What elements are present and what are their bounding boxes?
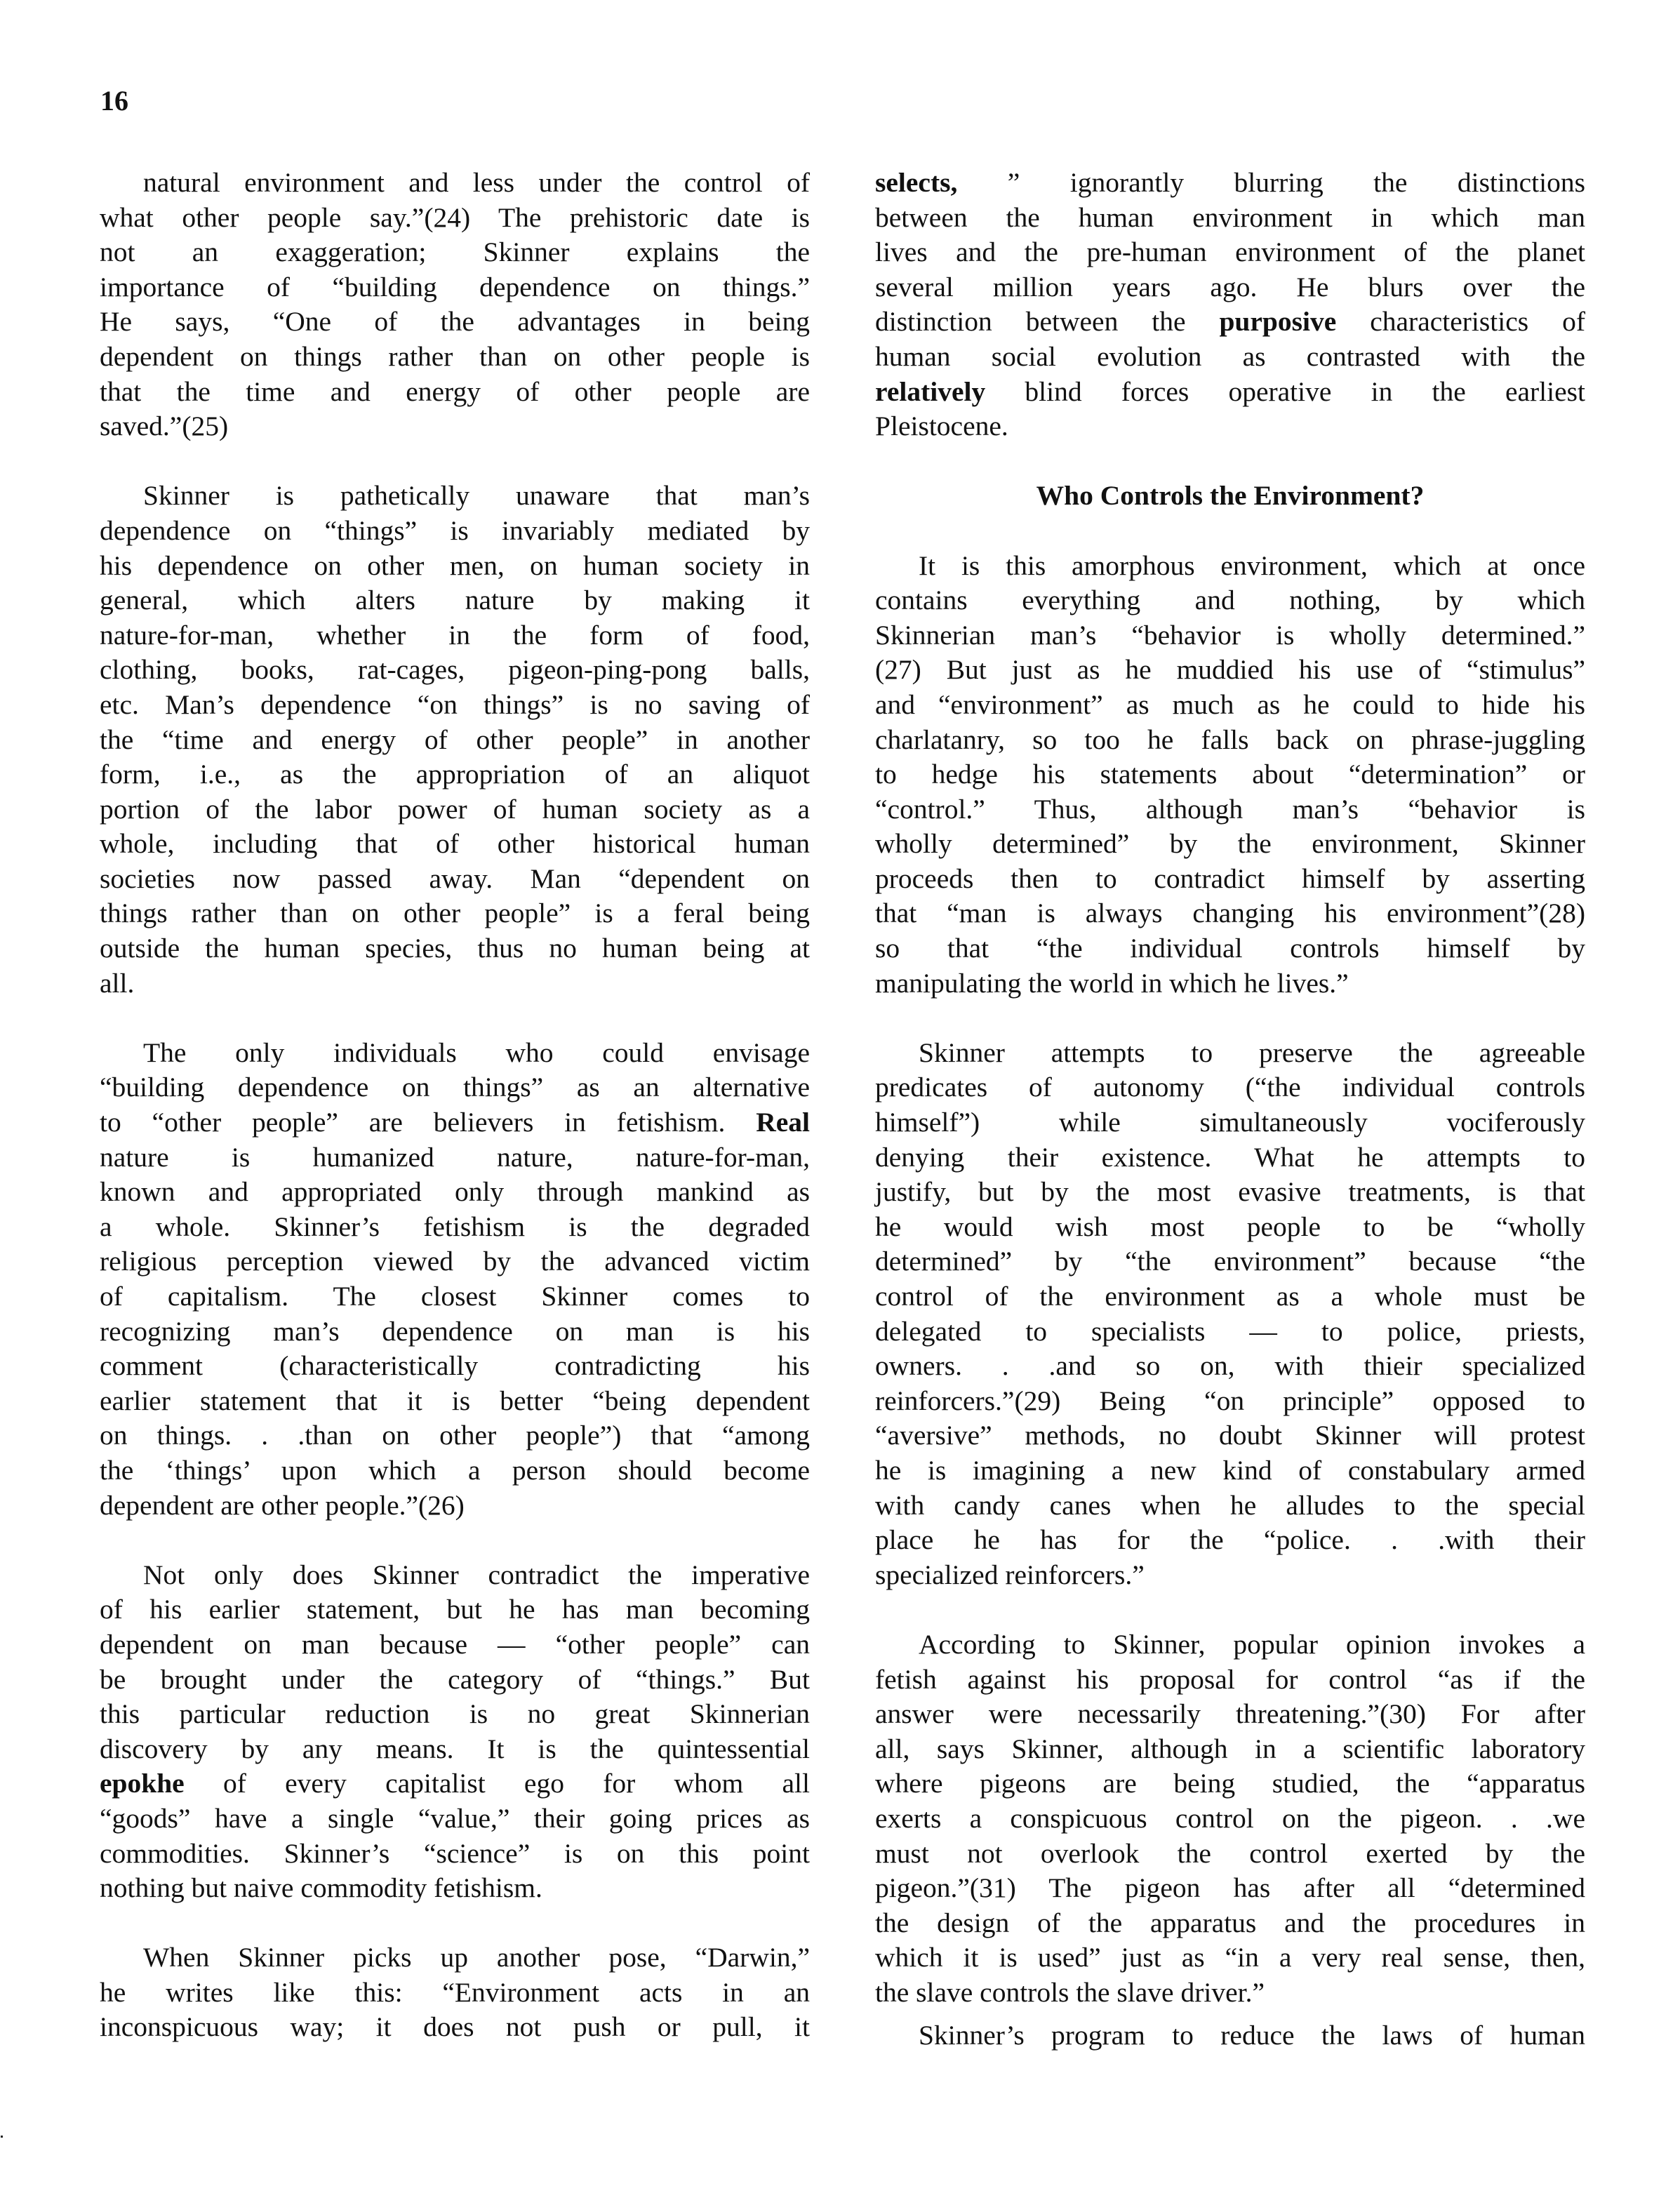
text-line: “goods” have a single “value,” their goi… bbox=[100, 1801, 810, 1837]
text-line: the slave controls the slave driver.” bbox=[875, 1976, 1585, 2011]
paragraph-gap bbox=[875, 1592, 1585, 1627]
text-line: he would wish most people to be “wholly bbox=[875, 1210, 1585, 1245]
text-line: and “environment” as much as he could to… bbox=[875, 688, 1585, 723]
paragraph: Not only does Skinner contradict the imp… bbox=[100, 1558, 810, 1906]
text-line: natural environment and less under the c… bbox=[100, 166, 810, 201]
text-line: of capitalism. The closest Skinner comes… bbox=[100, 1279, 810, 1314]
text-line: exerts a conspicuous control on the pige… bbox=[875, 1801, 1585, 1837]
text-line: It is this amorphous environment, which … bbox=[875, 549, 1585, 584]
text-line: (27) But just as he muddied his use of “… bbox=[875, 653, 1585, 688]
right-column: selects, ” ignorantly blurring the disti… bbox=[875, 166, 1585, 2053]
paragraph: selects, ” ignorantly blurring the disti… bbox=[875, 166, 1585, 444]
paragraph: The only individuals who could envisage“… bbox=[100, 1036, 810, 1523]
text-line: recognizing man’s dependence on man is h… bbox=[100, 1314, 810, 1350]
text-line: dependent on man because — “other people… bbox=[100, 1627, 810, 1663]
text-line: of his earlier statement, but he has man… bbox=[100, 1592, 810, 1627]
text-line: reinforcers.”(29) Being “on principle” o… bbox=[875, 1384, 1585, 1419]
text-line: determined” by “the environment” because… bbox=[875, 1244, 1585, 1279]
text-line: general, which alters nature by making i… bbox=[100, 583, 810, 618]
text-line: known and appropriated only through mank… bbox=[100, 1175, 810, 1210]
text-line: When Skinner picks up another pose, “Dar… bbox=[100, 1940, 810, 1976]
section-heading: Who Controls the Environment? bbox=[875, 479, 1585, 514]
text-line: religious perception viewed by the advan… bbox=[100, 1244, 810, 1279]
text-line: delegated to specialists — to police, pr… bbox=[875, 1314, 1585, 1350]
text-line: place he has for the “police. . .with th… bbox=[875, 1523, 1585, 1558]
bold-term: selects, bbox=[875, 167, 957, 198]
paragraph: Skinner attempts to preserve the agreeab… bbox=[875, 1036, 1585, 1593]
text-run: distinction between the bbox=[875, 306, 1219, 337]
text-line: Skinner is pathetically unaware that man… bbox=[100, 479, 810, 514]
text-line: form, i.e., as the appropriation of an a… bbox=[100, 757, 810, 792]
paragraph-gap bbox=[875, 444, 1585, 479]
scan-speck bbox=[1, 2136, 3, 2138]
text-line: what other people say.”(24) The prehisto… bbox=[100, 201, 810, 236]
text-line: earlier statement that it is better “bei… bbox=[100, 1384, 810, 1419]
text-line: dependent are other people.”(26) bbox=[100, 1488, 810, 1524]
text-line: portion of the labor power of human soci… bbox=[100, 792, 810, 827]
text-line: answer were necessarily threatening.”(30… bbox=[875, 1697, 1585, 1732]
page-number: 16 bbox=[100, 84, 128, 117]
text-line: justify, but by the most evasive treatme… bbox=[875, 1175, 1585, 1210]
text-line: discovery by any means. It is the quinte… bbox=[100, 1732, 810, 1767]
text-line: “building dependence on things” as an al… bbox=[100, 1070, 810, 1105]
text-line: with candy canes when he alludes to the … bbox=[875, 1488, 1585, 1524]
paragraph: Skinner is pathetically unaware that man… bbox=[100, 479, 810, 1001]
text-line: contains everything and nothing, by whic… bbox=[875, 583, 1585, 618]
text-line: between the human environment in which m… bbox=[875, 201, 1585, 236]
text-line: his dependence on other men, on human so… bbox=[100, 549, 810, 584]
text-line: proceeds then to contradict himself by a… bbox=[875, 862, 1585, 897]
text-line: distinction between the purposive charac… bbox=[875, 305, 1585, 340]
text-run: blind forces operative in the earliest bbox=[985, 376, 1585, 407]
text-line: control of the environment as a whole mu… bbox=[875, 1279, 1585, 1314]
paragraph-gap bbox=[100, 1523, 810, 1558]
text-line: nature-for-man, whether in the form of f… bbox=[100, 618, 810, 653]
text-line: denying their existence. What he attempt… bbox=[875, 1140, 1585, 1175]
paragraph-gap bbox=[875, 1001, 1585, 1036]
text-line: nature is humanized nature, nature-for-m… bbox=[100, 1140, 810, 1175]
text-line: human social evolution as contrasted wit… bbox=[875, 340, 1585, 375]
text-line: all, says Skinner, although in a scienti… bbox=[875, 1732, 1585, 1767]
text-line: relatively blind forces operative in the… bbox=[875, 375, 1585, 410]
bold-term: relatively bbox=[875, 376, 985, 407]
text-line: importance of “building dependence on th… bbox=[100, 270, 810, 305]
text-line: saved.”(25) bbox=[100, 409, 810, 444]
text-line: this particular reduction is no great Sk… bbox=[100, 1697, 810, 1732]
text-line: that the time and energy of other people… bbox=[100, 375, 810, 410]
paragraph-gap bbox=[100, 1001, 810, 1036]
text-line: all. bbox=[100, 966, 810, 1001]
text-line: manipulating the world in which he lives… bbox=[875, 966, 1585, 1001]
text-line: that “man is always changing his environ… bbox=[875, 896, 1585, 931]
text-line: himself”) while simultaneously vociferou… bbox=[875, 1105, 1585, 1140]
text-line: societies now passed away. Man “dependen… bbox=[100, 862, 810, 897]
text-line: The only individuals who could envisage bbox=[100, 1036, 810, 1071]
text-line: clothing, books, rat-cages, pigeon-ping-… bbox=[100, 653, 810, 688]
text-line: the “time and energy of other people” in… bbox=[100, 723, 810, 758]
text-line: a whole. Skinner’s fetishism is the degr… bbox=[100, 1210, 810, 1245]
paragraph-gap bbox=[875, 2010, 1585, 2018]
text-run: ” ignorantly blurring the distinctions bbox=[957, 167, 1585, 198]
text-line: whole, including that of other historica… bbox=[100, 827, 810, 862]
paragraph-gap bbox=[100, 444, 810, 479]
paragraph: Skinner’s program to reduce the laws of … bbox=[875, 2018, 1585, 2053]
text-line: the ‘things’ upon which a person should … bbox=[100, 1453, 810, 1488]
text-line: to “other people” are believers in fetis… bbox=[100, 1105, 810, 1140]
text-line: lives and the pre-human environment of t… bbox=[875, 235, 1585, 270]
text-line: Skinner’s program to reduce the laws of … bbox=[875, 2018, 1585, 2053]
text-line: so that “the individual controls himself… bbox=[875, 931, 1585, 966]
text-line: outside the human species, thus no human… bbox=[100, 931, 810, 966]
text-line: commodities. Skinner’s “science” is on t… bbox=[100, 1837, 810, 1872]
text-line: selects, ” ignorantly blurring the disti… bbox=[875, 166, 1585, 201]
text-line: owners. . .and so on, with thieir specia… bbox=[875, 1349, 1585, 1384]
text-line: several million years ago. He blurs over… bbox=[875, 270, 1585, 305]
paragraph: natural environment and less under the c… bbox=[100, 166, 810, 444]
text-line: Pleistocene. bbox=[875, 409, 1585, 444]
text-line: pigeon.”(31) The pigeon has after all “d… bbox=[875, 1871, 1585, 1906]
text-line: epokhe of every capitalist ego for whom … bbox=[100, 1766, 810, 1801]
text-line: he writes like this: “Environment acts i… bbox=[100, 1976, 810, 2011]
text-run: of every capitalist ego for whom all bbox=[185, 1768, 810, 1799]
bold-term: epokhe bbox=[100, 1768, 185, 1799]
bold-term: purposive bbox=[1219, 306, 1336, 337]
text-line: not an exaggeration; Skinner explains th… bbox=[100, 235, 810, 270]
paragraph: According to Skinner, popular opinion in… bbox=[875, 1627, 1585, 2011]
left-column: natural environment and less under the c… bbox=[100, 166, 810, 2045]
text-line: inconspicuous way; it does not push or p… bbox=[100, 2010, 810, 2045]
text-line: to hedge his statements about “determina… bbox=[875, 757, 1585, 792]
text-line: nothing but naive commodity fetishism. bbox=[100, 1871, 810, 1906]
text-line: must not overlook the control exerted by… bbox=[875, 1837, 1585, 1872]
text-line: comment (characteristically contradictin… bbox=[100, 1349, 810, 1384]
text-line: the design of the apparatus and the proc… bbox=[875, 1906, 1585, 1941]
text-run: characteristics of bbox=[1336, 306, 1585, 337]
text-line: Not only does Skinner contradict the imp… bbox=[100, 1558, 810, 1593]
text-line: specialized reinforcers.” bbox=[875, 1558, 1585, 1593]
text-line: He says, “One of the advantages in being bbox=[100, 305, 810, 340]
text-line: he is imagining a new kind of constabula… bbox=[875, 1453, 1585, 1488]
text-line: dependent on things rather than on other… bbox=[100, 340, 810, 375]
text-line: Skinner attempts to preserve the agreeab… bbox=[875, 1036, 1585, 1071]
text-line: on things. . .than on other people”) tha… bbox=[100, 1418, 810, 1453]
text-line: dependence on “things” is invariably med… bbox=[100, 514, 810, 549]
text-line: etc. Man’s dependence “on things” is no … bbox=[100, 688, 810, 723]
text-line: “control.” Thus, although man’s “behavio… bbox=[875, 792, 1585, 827]
paragraph-gap bbox=[875, 514, 1585, 549]
text-line: wholly determined” by the environment, S… bbox=[875, 827, 1585, 862]
bold-term: Real bbox=[756, 1107, 810, 1138]
paragraph: When Skinner picks up another pose, “Dar… bbox=[100, 1940, 810, 2045]
text-line: “aversive” methods, no doubt Skinner wil… bbox=[875, 1418, 1585, 1453]
text-line: which it is used” just as “in a very rea… bbox=[875, 1940, 1585, 1976]
text-line: where pigeons are being studied, the “ap… bbox=[875, 1766, 1585, 1801]
text-line: predicates of autonomy (“the individual … bbox=[875, 1070, 1585, 1105]
paragraph: It is this amorphous environment, which … bbox=[875, 549, 1585, 1001]
text-run: to “other people” are believers in fetis… bbox=[100, 1107, 756, 1138]
text-line: be brought under the category of “things… bbox=[100, 1663, 810, 1698]
text-line: things rather than on other people” is a… bbox=[100, 896, 810, 931]
text-line: Skinnerian man’s “behavior is wholly det… bbox=[875, 618, 1585, 653]
text-line: charlatanry, so too he falls back on phr… bbox=[875, 723, 1585, 758]
text-line: fetish against his proposal for control … bbox=[875, 1663, 1585, 1698]
paragraph-gap bbox=[100, 1906, 810, 1941]
text-line: According to Skinner, popular opinion in… bbox=[875, 1627, 1585, 1663]
